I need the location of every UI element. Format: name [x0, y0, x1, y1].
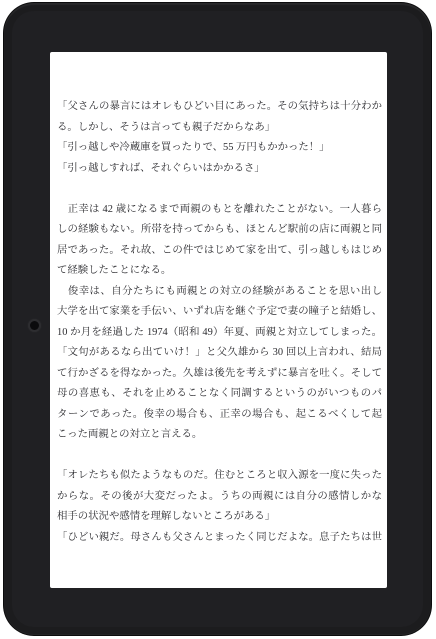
- text-line: 正幸は 42 歳になるまで両親のもとを離れたことがない。一人暮ら: [57, 200, 382, 221]
- text-line: て行かざるを得なかった。久雄は後先を考えずに暴言を吐く。そして: [57, 364, 382, 385]
- reader-screen[interactable]: 「父さんの暴言にはオレもひどい目にあった。その気持ちは十分わかる。しかし、そうは…: [50, 52, 387, 588]
- text-line: 「オレたちも似たようなものだ。住むところと収入源を一度に失った: [57, 466, 382, 487]
- text-line: 「ひどい親だ。母さんも父さんとまったく同じだよな。息子たちは世: [57, 528, 382, 549]
- book-page-text: 「父さんの暴言にはオレもひどい目にあった。その気持ちは十分わかる。しかし、そうは…: [57, 97, 382, 548]
- text-line: 母の喜恵も、それを止めることなく同調するというのがいつものパ: [57, 384, 382, 405]
- text-line: て経験したことになる。: [57, 261, 382, 282]
- narrative-block-1: 正幸は 42 歳になるまで両親のもとを離れたことがない。一人暮らしの経験もない。…: [57, 200, 382, 282]
- text-line: 大学を出て家業を手伝い、いずれ店を継ぐ予定で妻の瞳子と結婚し、: [57, 302, 382, 323]
- text-line: 居であった。それ故、この件ではじめて家を出て、引っ越しもはじめ: [57, 241, 382, 262]
- screenshot-stage: 「父さんの暴言にはオレもひどい目にあった。その気持ちは十分わかる。しかし、そうは…: [0, 0, 436, 639]
- text-line: 「引っ越しや冷蔵庫を買ったりで、55 万円もかかった！」: [57, 138, 382, 159]
- text-line: 10 か月を経過した 1974（昭和 49）年夏、両親と対立してしまった。: [57, 323, 382, 344]
- text-line: 俊幸は、自分たちにも両親との対立の経験があることを思い出した。: [57, 282, 382, 303]
- text-line: こった両親との対立と言える。: [57, 425, 382, 446]
- tablet-device-frame: 「父さんの暴言にはオレもひどい目にあった。その気持ちは十分わかる。しかし、そうは…: [4, 3, 431, 635]
- text-line: 相手の状況や感情を理解しないところがある」: [57, 507, 382, 528]
- dialogue-block-1: 「父さんの暴言にはオレもひどい目にあった。その気持ちは十分わかる。しかし、そうは…: [57, 97, 382, 179]
- dialogue-block-2: 「オレたちも似たようなものだ。住むところと収入源を一度に失ったからな。その後が大…: [57, 466, 382, 548]
- text-line: 「引っ越しすれば、それぐらいはかかるさ」: [57, 159, 382, 180]
- front-camera: [28, 319, 41, 332]
- narrative-block-2: 俊幸は、自分たちにも両親との対立の経験があることを思い出した。大学を出て家業を手…: [57, 282, 382, 446]
- text-line: 「文句があるなら出ていけ！」と父久雄から 30 回以上言われ、結局出: [57, 343, 382, 364]
- text-line: からな。その後が大変だったよ。うちの両親には自分の感情しかなく、: [57, 487, 382, 508]
- text-line: しの経験もない。所帯を持ってからも、ほとんど駅前の店に両親と同: [57, 220, 382, 241]
- text-line: ターンであった。俊幸の場合も、正幸の場合も、起こるべくして起: [57, 405, 382, 426]
- text-line: 「父さんの暴言にはオレもひどい目にあった。その気持ちは十分わか: [57, 97, 382, 118]
- text-line: る。しかし、そうは言っても親子だからなあ」: [57, 118, 382, 139]
